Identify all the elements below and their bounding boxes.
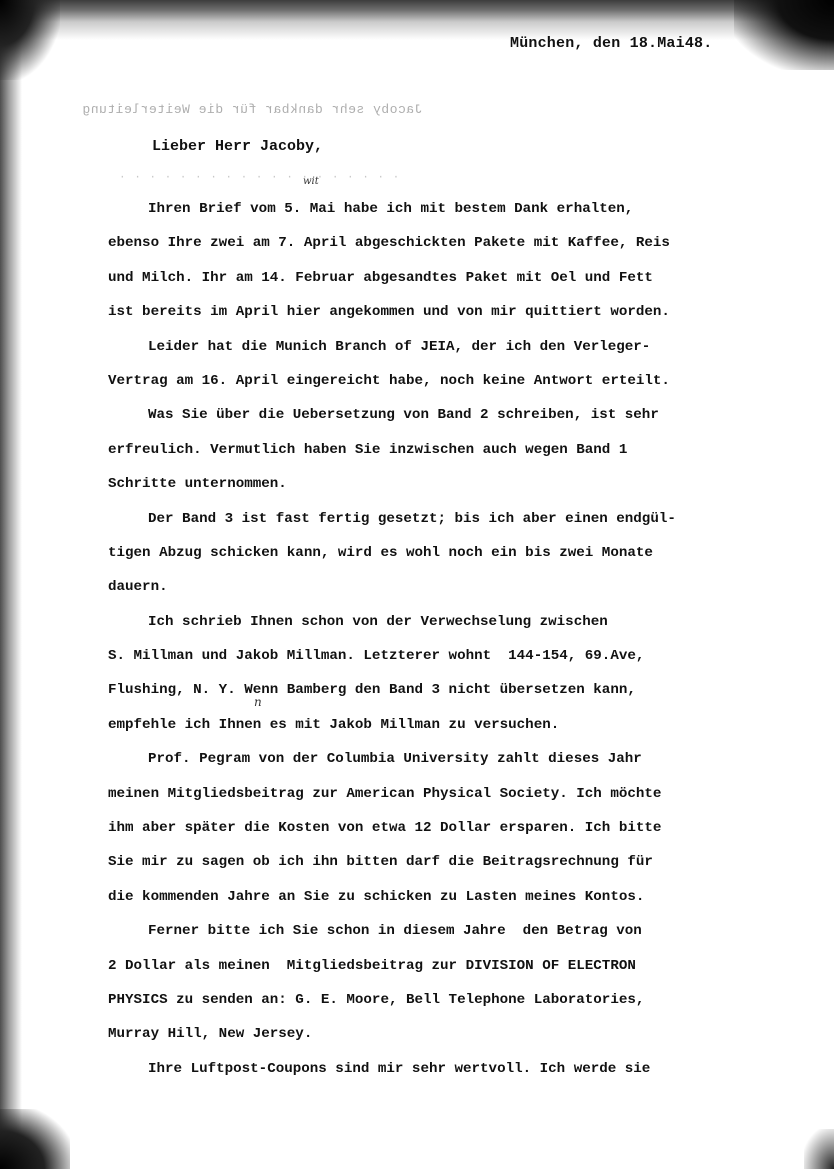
letter-line: Ihren Brief vom 5. Mai habe ich mit best… — [108, 192, 798, 226]
letter-line: tigen Abzug schicken kann, wird es wohl … — [108, 536, 798, 570]
letter-line: 2 Dollar als meinen Mitgliedsbeitrag zur… — [108, 949, 798, 983]
letter-line: ist bereits im April hier angekommen und… — [108, 295, 798, 329]
letter-line: ihm aber später die Kosten von etwa 12 D… — [108, 811, 798, 845]
letter-line: Leider hat die Munich Branch of JEIA, de… — [108, 330, 798, 364]
letter-line: Murray Hill, New Jersey. — [108, 1017, 798, 1051]
letter-line: und Milch. Ihr am 14. Februar abgesandte… — [108, 261, 798, 295]
letter-line: Ferner bitte ich Sie schon in diesem Jah… — [108, 914, 798, 948]
letter-line: Ich schrieb Ihnen schon von der Verwechs… — [108, 605, 798, 639]
letter-date: München, den 18.Mai48. — [510, 35, 712, 52]
letter-line: empfehle ich Ihnen es mit Jakob Millman … — [108, 708, 798, 742]
scan-shadow-left — [0, 0, 22, 1169]
scanned-letter-page: München, den 18.Mai48. Jacoby sehr dankb… — [0, 0, 834, 1169]
scan-corner-top-right — [734, 0, 834, 70]
letter-line: Schritte unternommen. — [108, 467, 798, 501]
letter-line: Flushing, N. Y. Wenn Bamberg den Band 3 … — [108, 673, 798, 707]
letter-line: PHYSICS zu senden an: G. E. Moore, Bell … — [108, 983, 798, 1017]
letter-line: die kommenden Jahre an Sie zu schicken z… — [108, 880, 798, 914]
letter-line: erfreulich. Vermutlich haben Sie inzwisc… — [108, 433, 798, 467]
letter-line: Sie mir zu sagen ob ich ihn bitten darf … — [108, 845, 798, 879]
letter-body: Ihren Brief vom 5. Mai habe ich mit best… — [108, 192, 798, 1086]
letter-line: ebenso Ihre zwei am 7. April abgeschickt… — [108, 226, 798, 260]
letter-line: Der Band 3 ist fast fertig gesetzt; bis … — [108, 502, 798, 536]
bleed-through-text: Jacoby sehr dankbar für die Weiterleitun… — [82, 102, 422, 117]
handwritten-correction: n — [254, 695, 262, 709]
letter-line: Ihre Luftpost-Coupons sind mir sehr wert… — [108, 1052, 798, 1086]
letter-line: dauern. — [108, 570, 798, 604]
letter-line: Prof. Pegram von der Columbia University… — [108, 742, 798, 776]
scan-corner-top-left — [0, 0, 60, 80]
salutation: Lieber Herr Jacoby, — [152, 138, 323, 155]
scan-shadow-top — [0, 0, 834, 40]
letter-line: Was Sie über die Uebersetzung von Band 2… — [108, 398, 798, 432]
letter-line: meinen Mitgliedsbeitrag zur American Phy… — [108, 777, 798, 811]
scan-corner-bottom-left — [0, 1109, 70, 1169]
handwritten-mark: wit — [303, 176, 319, 187]
bleed-through-text-2: · · · · · · · · · · · · · · · · · · · — [118, 172, 399, 184]
letter-line: Vertrag am 16. April eingereicht habe, n… — [108, 364, 798, 398]
scan-corner-bottom-right — [804, 1129, 834, 1169]
letter-line: S. Millman und Jakob Millman. Letzterer … — [108, 639, 798, 673]
